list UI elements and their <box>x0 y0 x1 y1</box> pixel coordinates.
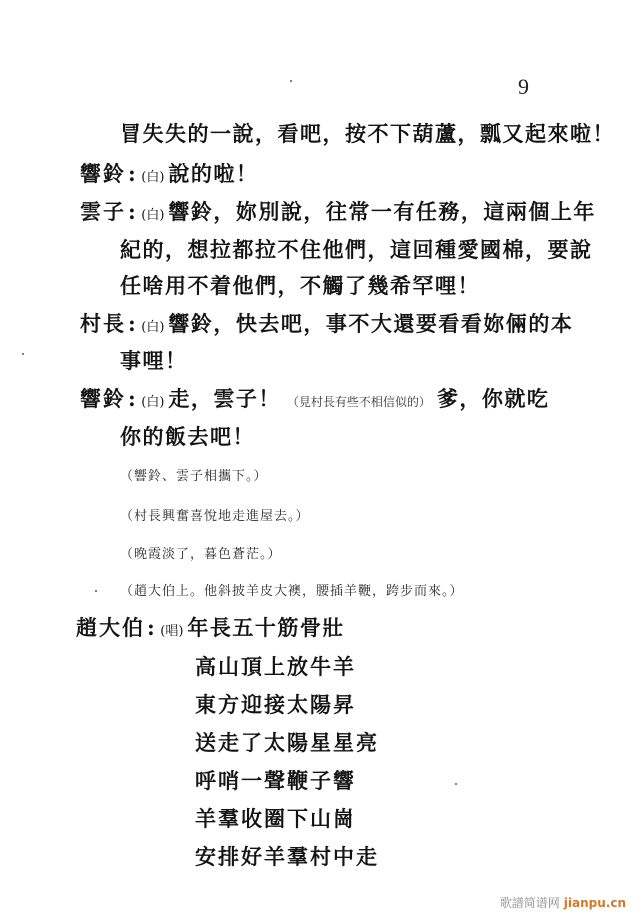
line-text: 走，雲子！ <box>168 386 281 411</box>
song-verse: 呼哨一聲鞭子響 <box>195 765 356 795</box>
watermark-site-name: 歌譜简谱网 <box>500 896 560 910</box>
song-verse: 高山頂上放牛羊 <box>195 651 356 681</box>
scan-speck <box>290 80 292 82</box>
song-header: 趙大伯:(唱)年長五十筋骨壯 <box>76 612 345 642</box>
delivery-mode: (白) <box>141 208 164 223</box>
stage-direction: （響鈴、雲子相攜下。） <box>120 465 268 484</box>
delivery-mode: (白) <box>141 170 164 185</box>
line-text: 說的啦！ <box>168 161 258 186</box>
speaker-name: 村長 <box>80 311 126 336</box>
delivery-mode: (唱) <box>160 624 183 639</box>
line-text: 事哩！ <box>120 348 188 373</box>
stage-direction: （晚霞淡了，暮色蒼茫。） <box>120 543 282 562</box>
line-text: 響鈴，快去吧，事不大還要看看妳倆的本 <box>168 311 573 336</box>
song-verse: 安排好羊羣村中走 <box>195 841 379 871</box>
line-text: 冒失失的一說，看吧，按不下葫蘆，瓢又起來啦！ <box>120 121 615 146</box>
song-verse: 東方迎接太陽昇 <box>195 689 356 719</box>
line-text: 任啥用不着他們，不觸了幾希罕哩！ <box>120 273 480 298</box>
song-verse: 送走了太陽星星亮 <box>195 727 379 757</box>
song-verse: 年長五十筋骨壯 <box>187 615 345 640</box>
delivery-mode: (白) <box>141 320 164 335</box>
dialogue-line: 響鈴:(白)走，雲子！（見村長有些不相信似的）爹，你就吃 <box>80 383 549 413</box>
dialogue-line: 雲子:(白)響鈴，妳別說，往常一有任務，這兩個上年 <box>80 196 596 226</box>
dialogue-line: 響鈴:(白)說的啦！ <box>80 158 258 188</box>
watermark-url: jianpu.cn <box>564 896 626 910</box>
aside-direction: （見村長有些不相信似的） <box>287 395 431 409</box>
speaker-name: 雲子 <box>80 199 126 224</box>
speaker-name: 趙大伯 <box>76 615 145 640</box>
line-text: 你的飯去吧！ <box>120 424 255 449</box>
page-number: 9 <box>518 74 529 100</box>
scan-speck <box>22 353 24 355</box>
text-line: 紀的，想拉都拉不住他們，這回種愛國棉，要說 <box>120 234 593 264</box>
line-text: 響鈴，妳別說，往常一有任務，這兩個上年 <box>168 199 596 224</box>
stage-direction: （村長興奮喜悅地走進屋去。） <box>120 505 310 524</box>
scan-speck <box>95 590 97 592</box>
line-text-after: 爹，你就吃 <box>437 386 550 411</box>
text-line: 冒失失的一說，看吧，按不下葫蘆，瓢又起來啦！ <box>120 118 615 148</box>
text-line: 你的飯去吧！ <box>120 421 255 451</box>
speaker-name: 響鈴 <box>80 161 126 186</box>
scan-speck <box>455 783 457 785</box>
stage-direction: （趙大伯上。他斜披羊皮大襖，腰插羊鞭，跨步而來。） <box>120 580 464 599</box>
dialogue-line: 村長:(白)響鈴，快去吧，事不大還要看看妳倆的本 <box>80 308 573 338</box>
text-line: 任啥用不着他們，不觸了幾希罕哩！ <box>120 270 480 300</box>
speaker-name: 響鈴 <box>80 386 126 411</box>
delivery-mode: (白) <box>141 395 164 410</box>
text-line: 事哩！ <box>120 345 188 375</box>
line-text: 紀的，想拉都拉不住他們，這回種愛國棉，要說 <box>120 237 593 262</box>
watermark: 歌譜简谱网jianpu.cn <box>500 894 626 911</box>
song-verse: 羊羣收圈下山崗 <box>195 803 356 833</box>
